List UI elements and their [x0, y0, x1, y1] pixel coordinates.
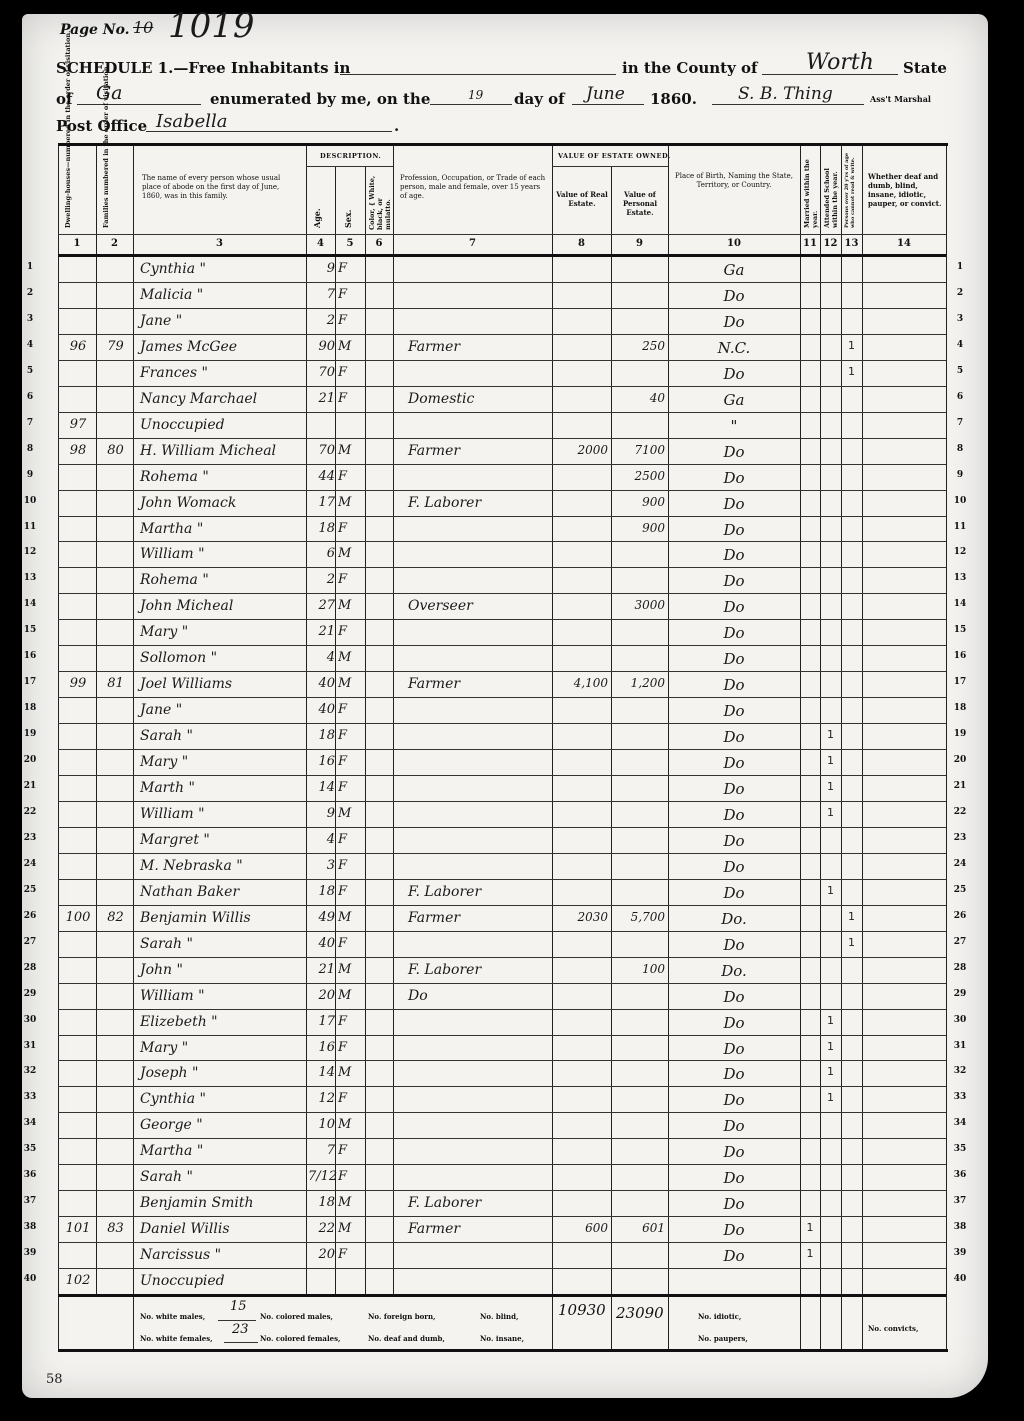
- cell-name: Nancy Marchael: [140, 391, 306, 407]
- row-divider: [58, 827, 946, 828]
- line-number: 33: [20, 1092, 40, 1102]
- cell-name: Benjamin Smith: [140, 1195, 306, 1211]
- cell-birthplace: Do: [668, 287, 800, 305]
- cell-name: John Womack: [140, 495, 306, 511]
- cell-birthplace: Do: [668, 1221, 800, 1239]
- cell-name: Nathan Baker: [140, 884, 306, 900]
- col-number: 8: [552, 238, 611, 249]
- cell-age: 4: [308, 650, 335, 665]
- cell-birthplace: Do: [668, 365, 800, 383]
- cell-sex: M: [338, 1195, 365, 1210]
- description-group-header: DESCRIPTION.: [320, 152, 381, 160]
- cell-birthplace: Do: [668, 469, 800, 487]
- cell-name: Narcissus ": [140, 1247, 306, 1263]
- cell-personal-estate: 900: [611, 495, 665, 509]
- line-number: 16: [20, 651, 40, 661]
- cell-sex: M: [338, 962, 365, 977]
- row-divider: [58, 671, 946, 672]
- line-number: 38: [20, 1222, 40, 1232]
- row-divider: [58, 1035, 946, 1036]
- cell-age: 21: [308, 962, 335, 977]
- cell-sex: F: [338, 728, 365, 743]
- cell-name: Martha ": [140, 1143, 306, 1159]
- cell-birthplace: Do: [668, 1091, 800, 1109]
- col-number: 12: [820, 238, 841, 249]
- cell-name: George ": [140, 1117, 306, 1133]
- cell-name: Rohema ": [140, 572, 306, 588]
- cell-personal-estate: 100: [611, 962, 665, 976]
- col-divider: [393, 146, 394, 1296]
- cell-personal-estate: 3000: [611, 598, 665, 612]
- col1-header: Dwelling-houses—numbered in the order of…: [64, 154, 72, 228]
- cell-school: 1: [820, 1091, 841, 1104]
- cell-sex: M: [338, 988, 365, 1003]
- cell-dwelling: 96: [60, 339, 96, 354]
- cell-birthplace: Do: [668, 676, 800, 694]
- cell-real-estate: 2000: [552, 443, 608, 457]
- row-divider: [58, 775, 946, 776]
- cell-sex: M: [338, 1117, 365, 1132]
- cell-sex: F: [338, 702, 365, 717]
- row-divider: [58, 1190, 946, 1191]
- cell-birthplace: Do: [668, 572, 800, 590]
- cell-occupation: F. Laborer: [408, 884, 548, 900]
- line-number: 35: [20, 1144, 40, 1154]
- line-number: 31: [20, 1041, 40, 1051]
- line-number: 27: [950, 937, 970, 947]
- row-divider: [58, 464, 946, 465]
- line-number: 20: [950, 755, 970, 765]
- cell-birthplace: ": [668, 417, 800, 435]
- cell-age: 20: [308, 988, 335, 1003]
- state-line: [77, 104, 201, 105]
- cell-birthplace: Do: [668, 1143, 800, 1161]
- cell-illiterate: 1: [841, 365, 862, 378]
- line-number: 13: [20, 573, 40, 583]
- row-divider: [58, 749, 946, 750]
- line-number: 10: [20, 496, 40, 506]
- estate-group-header: VALUE OF ESTATE OWNED.: [558, 152, 671, 160]
- cell-name: Daniel Willis: [140, 1221, 306, 1237]
- paupers-label: No. paupers,: [698, 1334, 748, 1343]
- post-office-period: .: [394, 117, 399, 135]
- line-number: 2: [20, 288, 40, 298]
- row-divider: [58, 1268, 946, 1269]
- cell-sex: F: [338, 1040, 365, 1055]
- row-divider: [58, 541, 946, 542]
- cell-sex: F: [338, 936, 365, 951]
- cell-age: 40: [308, 936, 335, 951]
- col-divider: [335, 166, 336, 1296]
- col13-header: Persons over 20 y'rs of age who cannot r…: [844, 152, 856, 228]
- cell-age: 7/12: [308, 1169, 335, 1184]
- line-number: 37: [950, 1196, 970, 1206]
- cell-birthplace: Do: [668, 521, 800, 539]
- cell-birthplace: Do: [668, 988, 800, 1006]
- cell-name: William ": [140, 546, 306, 562]
- page-number-struck: 10: [133, 18, 153, 37]
- day-value: 19: [468, 88, 483, 102]
- cell-name: Mary ": [140, 1040, 306, 1056]
- line-number: 22: [20, 807, 40, 817]
- cell-dwelling: 102: [60, 1273, 96, 1288]
- line-number: 1: [950, 262, 970, 272]
- cell-personal-estate: 601: [611, 1221, 665, 1235]
- cell-occupation: Domestic: [408, 391, 548, 407]
- cell-age: 18: [308, 1195, 335, 1210]
- cell-birthplace: Do: [668, 598, 800, 616]
- colored-males-label: No. colored males,: [260, 1312, 333, 1321]
- cell-sex: F: [338, 1091, 365, 1106]
- month-line: [572, 104, 644, 105]
- col3-header: The name of every person whose usual pla…: [142, 174, 300, 201]
- cell-age: 3: [308, 858, 335, 873]
- row-divider: [58, 801, 946, 802]
- col-divider: [552, 146, 553, 1349]
- cell-age: 90: [308, 339, 335, 354]
- row-divider: [58, 1009, 946, 1010]
- cell-name: H. William Micheal: [140, 443, 306, 459]
- marshal-name: S. B. Thing: [738, 84, 833, 104]
- cell-dwelling: 97: [60, 417, 96, 432]
- cell-name: Frances ": [140, 365, 306, 381]
- line-number: 6: [950, 392, 970, 402]
- row-divider: [58, 723, 946, 724]
- cell-real-estate: 4,100: [552, 676, 608, 690]
- cell-name: Jane ": [140, 702, 306, 718]
- page-number: 1019: [168, 6, 255, 46]
- month-value: June: [586, 84, 625, 104]
- white-females-value: 23: [232, 1322, 249, 1337]
- cell-illiterate: 1: [841, 339, 862, 352]
- row-divider: [58, 282, 946, 283]
- row-divider: [58, 853, 946, 854]
- cell-birthplace: Ga: [668, 261, 800, 279]
- line-number: 25: [950, 885, 970, 895]
- cell-name: Margret ": [140, 832, 306, 848]
- line-number: 5: [950, 366, 970, 376]
- cell-age: 10: [308, 1117, 335, 1132]
- line-number: 12: [950, 547, 970, 557]
- line-number: 22: [950, 807, 970, 817]
- cell-sex: F: [338, 780, 365, 795]
- line-number: 17: [20, 677, 40, 687]
- line-number: 23: [20, 833, 40, 843]
- line-number: 15: [950, 625, 970, 635]
- line-number: 37: [20, 1196, 40, 1206]
- col14-header: Whether deaf and dumb, blind, insane, id…: [868, 172, 944, 208]
- line-number: 30: [20, 1015, 40, 1025]
- insane-label: No. insane,: [480, 1334, 524, 1343]
- line-number: 30: [950, 1015, 970, 1025]
- row-divider: [58, 905, 946, 906]
- cell-age: 22: [308, 1221, 335, 1236]
- cell-school: 1: [820, 806, 841, 819]
- row-divider: [58, 931, 946, 932]
- cell-sex: F: [338, 832, 365, 847]
- cell-occupation: Farmer: [408, 910, 548, 926]
- cell-age: 18: [308, 884, 335, 899]
- col-number: 11: [800, 238, 820, 249]
- cell-sex: M: [338, 1221, 365, 1236]
- county-label: in the County of: [622, 59, 758, 77]
- row-divider: [58, 645, 946, 646]
- county-value: Worth: [806, 50, 874, 75]
- cell-age: 40: [308, 702, 335, 717]
- cell-sex: M: [338, 339, 365, 354]
- line-number: 19: [950, 729, 970, 739]
- col-divider: [133, 146, 134, 1349]
- cell-name: Marth ": [140, 780, 306, 796]
- line-number: 14: [20, 599, 40, 609]
- cell-sex: F: [338, 521, 365, 536]
- cell-sex: M: [338, 676, 365, 691]
- cell-occupation: Farmer: [408, 676, 548, 692]
- day-of-label: day of: [514, 90, 565, 108]
- cell-sex: F: [338, 572, 365, 587]
- cell-personal-estate: 2500: [611, 469, 665, 483]
- cell-birthplace: Do: [668, 1169, 800, 1187]
- cell-sex: F: [338, 1169, 365, 1184]
- enumerated-label: enumerated by me, on the: [210, 90, 430, 108]
- line-number: 9: [950, 470, 970, 480]
- line-number: 19: [20, 729, 40, 739]
- cell-birthplace: Do: [668, 832, 800, 850]
- row-divider: [58, 1112, 946, 1113]
- line-number: 29: [950, 989, 970, 999]
- line-number: 3: [950, 314, 970, 324]
- cell-name: William ": [140, 988, 306, 1004]
- cell-name: Malicia ": [140, 287, 306, 303]
- line-number: 24: [950, 859, 970, 869]
- cell-birthplace: Do: [668, 650, 800, 668]
- line-number: 8: [950, 444, 970, 454]
- row-divider: [58, 386, 946, 387]
- cell-occupation: Overseer: [408, 598, 548, 614]
- line-number: 10: [950, 496, 970, 506]
- line-number: 39: [20, 1248, 40, 1258]
- cell-name: Elizebeth ": [140, 1014, 306, 1030]
- row-divider: [58, 1216, 946, 1217]
- schedule-title: SCHEDULE 1.—Free Inhabitants in: [56, 59, 350, 77]
- cell-illiterate: 1: [841, 936, 862, 949]
- col-number: 4: [306, 238, 335, 249]
- cell-birthplace: Do: [668, 313, 800, 331]
- state-label: State: [903, 59, 947, 77]
- cell-age: 44: [308, 469, 335, 484]
- cell-age: 2: [308, 572, 335, 587]
- line-number: 20: [20, 755, 40, 765]
- line-number: 18: [20, 703, 40, 713]
- line-number: 25: [20, 885, 40, 895]
- line-number: 28: [950, 963, 970, 973]
- cell-occupation: Farmer: [408, 339, 548, 355]
- cell-school: 1: [820, 754, 841, 767]
- col8-header: Value of Real Estate.: [554, 190, 610, 208]
- cell-birthplace: Do: [668, 1247, 800, 1265]
- col-number: 13: [841, 238, 862, 249]
- cell-birthplace: Do: [668, 858, 800, 876]
- col-divider: [306, 146, 307, 1296]
- white-males-value: 15: [230, 1299, 247, 1314]
- line-number: 32: [20, 1066, 40, 1076]
- col-divider: [862, 146, 863, 1349]
- cell-dwelling: 100: [60, 910, 96, 925]
- cell-real-estate: 600: [552, 1221, 608, 1235]
- line-number: 16: [950, 651, 970, 661]
- row-divider: [58, 438, 946, 439]
- row-divider: [58, 1164, 946, 1165]
- col4-header: Age.: [313, 208, 321, 228]
- white-females-label: No. white females,: [140, 1334, 213, 1343]
- cell-sex: F: [338, 313, 365, 328]
- col9-header: Value of Personal Estate.: [614, 190, 666, 217]
- cell-sex: M: [338, 1065, 365, 1080]
- cell-personal-estate: 900: [611, 521, 665, 535]
- cell-sex: F: [338, 261, 365, 276]
- col12-header: Attended School within the year.: [823, 152, 839, 228]
- cell-age: 70: [308, 443, 335, 458]
- cell-name: Martha ": [140, 521, 306, 537]
- line-number: 36: [950, 1170, 970, 1180]
- cell-birthplace: Do: [668, 546, 800, 564]
- marshal-label: Ass't Marshal: [870, 94, 931, 104]
- cell-name: Rohema ": [140, 469, 306, 485]
- row-divider: [58, 334, 946, 335]
- col-divider: [946, 146, 947, 1349]
- cell-age: 14: [308, 780, 335, 795]
- row-divider: [58, 516, 946, 517]
- row-divider: [58, 1138, 946, 1139]
- cell-birthplace: Do.: [668, 910, 800, 928]
- row-divider: [58, 567, 946, 568]
- cell-school: 1: [820, 1065, 841, 1078]
- cell-birthplace: Do: [668, 495, 800, 513]
- cell-name: Joseph ": [140, 1065, 306, 1081]
- cell-age: 18: [308, 728, 335, 743]
- cell-age: 49: [308, 910, 335, 925]
- line-number: 7: [20, 418, 40, 428]
- line-number: 33: [950, 1092, 970, 1102]
- cell-family: 79: [98, 339, 133, 354]
- cell-family: 82: [98, 910, 133, 925]
- marshal-line: [712, 104, 864, 105]
- line-number: 2: [950, 288, 970, 298]
- cell-name: Unoccupied: [140, 1273, 306, 1289]
- cell-name: Jane ": [140, 313, 306, 329]
- cell-age: 21: [308, 391, 335, 406]
- cell-birthplace: Ga: [668, 391, 800, 409]
- cell-sex: M: [338, 443, 365, 458]
- cell-name: Benjamin Willis: [140, 910, 306, 926]
- cell-sex: F: [338, 1143, 365, 1158]
- group-underline: [552, 166, 668, 167]
- cell-illiterate: 1: [841, 910, 862, 923]
- cell-birthplace: Do: [668, 780, 800, 798]
- cell-occupation: Farmer: [408, 1221, 548, 1237]
- col-divider: [58, 146, 59, 1349]
- census-table: DESCRIPTION. VALUE OF ESTATE OWNED. Dwel…: [58, 143, 948, 1352]
- row-divider: [58, 1242, 946, 1243]
- line-number: 26: [20, 911, 40, 921]
- cell-age: 16: [308, 1040, 335, 1055]
- line-number: 11: [950, 522, 970, 532]
- col-number: 3: [133, 238, 306, 249]
- cell-birthplace: Do: [668, 936, 800, 954]
- cell-sex: F: [338, 469, 365, 484]
- day-line: [430, 104, 512, 105]
- cell-sex: F: [338, 624, 365, 639]
- cell-age: 12: [308, 1091, 335, 1106]
- row-divider: [58, 957, 946, 958]
- cell-name: Cynthia ": [140, 1091, 306, 1107]
- scan-border: [0, 0, 22, 1421]
- cell-sex: F: [338, 391, 365, 406]
- cell-occupation: Farmer: [408, 443, 548, 459]
- col-number: 6: [365, 238, 393, 249]
- cell-name: Cynthia ": [140, 261, 306, 277]
- cell-sex: M: [338, 598, 365, 613]
- cell-birthplace: N.C.: [668, 339, 800, 357]
- cell-occupation: Do: [408, 988, 548, 1004]
- cell-age: 20: [308, 1247, 335, 1262]
- cell-name: Mary ": [140, 754, 306, 770]
- cell-school: 1: [820, 1014, 841, 1027]
- row-divider: [58, 619, 946, 620]
- cell-name: Sarah ": [140, 936, 306, 952]
- cell-school: 1: [820, 728, 841, 741]
- line-number: 39: [950, 1248, 970, 1258]
- line-number: 9: [20, 470, 40, 480]
- cell-family: 83: [98, 1221, 133, 1236]
- line-number: 3: [20, 314, 40, 324]
- cell-name: Sarah ": [140, 1169, 306, 1185]
- line-number: 4: [950, 340, 970, 350]
- cell-personal-estate: 5,700: [611, 910, 665, 924]
- col-number: 5: [335, 238, 365, 249]
- col6-header: Color, { White, black, or mulatto.: [368, 170, 392, 230]
- cell-personal-estate: 40: [611, 391, 665, 405]
- cell-name: Unoccupied: [140, 417, 306, 433]
- row-divider: [58, 490, 946, 491]
- cell-sex: M: [338, 495, 365, 510]
- cell-age: 14: [308, 1065, 335, 1080]
- cell-age: 9: [308, 261, 335, 276]
- row-divider: [58, 412, 946, 413]
- cell-family: 80: [98, 443, 133, 458]
- col-number: 7: [393, 238, 552, 249]
- cell-sex: M: [338, 650, 365, 665]
- cell-name: William ": [140, 806, 306, 822]
- row-divider: [58, 360, 946, 361]
- line-number: 21: [950, 781, 970, 791]
- col-divider: [365, 166, 366, 1296]
- line-number: 35: [950, 1144, 970, 1154]
- row-divider: [58, 697, 946, 698]
- cell-birthplace: Do: [668, 1065, 800, 1083]
- col5-header: Sex.: [344, 210, 352, 228]
- col-number: 14: [862, 238, 946, 249]
- cell-sex: F: [338, 754, 365, 769]
- cell-birthplace: Do: [668, 702, 800, 720]
- cell-age: 17: [308, 495, 335, 510]
- blind-label: No. blind,: [480, 1312, 518, 1321]
- line-number: 11: [20, 522, 40, 532]
- line-number: 12: [20, 547, 40, 557]
- row-divider: [58, 879, 946, 880]
- col-number: 1: [58, 238, 96, 249]
- cell-age: 6: [308, 546, 335, 561]
